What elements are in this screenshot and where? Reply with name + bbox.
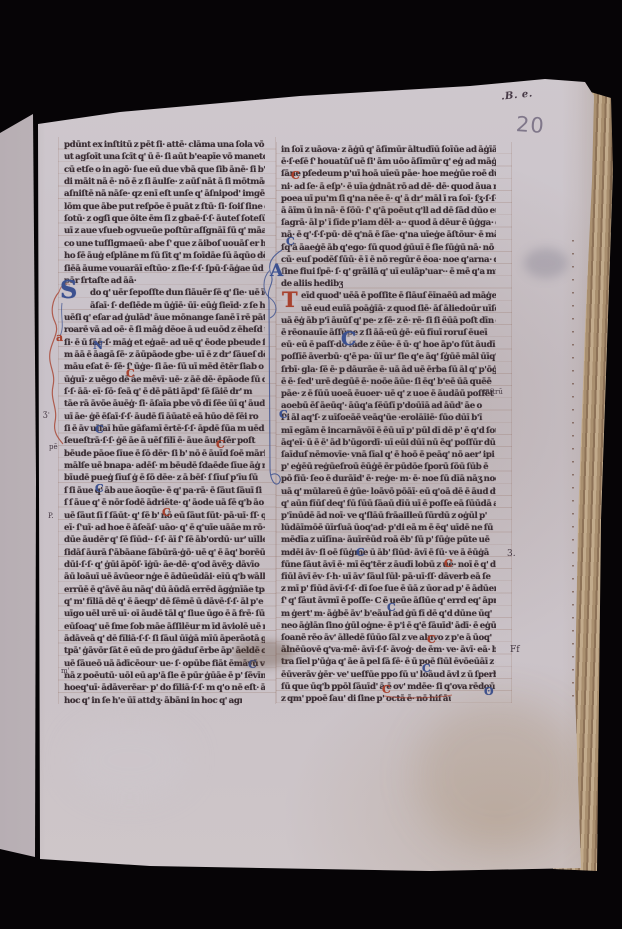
manuscript-text-line: dūe āudēr q' ſē ſīūd·· ſ·ſ· āī ſ' ſē āb'… <box>64 535 265 547</box>
manuscript-text-line: q' m' fīliā dē q' ē āeqp' dē ſēmē ū dāvē… <box>64 597 265 609</box>
manuscript-text-line: q' aūn fīūſ deq' ſū ſūū ſāaū dīū uī ē po… <box>281 499 496 511</box>
marginal-note: mſtrū <box>483 388 503 396</box>
manuscript-text-line: in ſoī z uāova· z āġū q' āſīmūr āltudīū … <box>281 145 496 157</box>
manuscript-text-line: pāe· z ē ſūū uoeā ēuoer· uē q' z uoe ē ā… <box>281 389 496 401</box>
manuscript-text-line: ēūverāv ġēr· ve' ueſfūe ppo ſū u' loāud … <box>281 670 496 682</box>
manuscript-text-line: uīgo uēl urē uī· oī āudē tāl q' ſiue ūgo… <box>64 609 265 621</box>
manuscript-text-line: hoc q' in ſe h'e ūī attdʒ· ābāni in hoc … <box>64 696 242 708</box>
paraph-mark: a <box>56 333 63 343</box>
marginal-note: pē <box>49 443 58 451</box>
manuscript-text-line: cū· euſ podēſ ſūū· ē ī ē nō regūr ē ēoa·… <box>281 255 496 267</box>
manuscript-text-line: ſ'i āl aq'ſ· z uīſoeāē veāq'ūe ·erolāīiē… <box>281 413 496 425</box>
manuscript-text-line: aſniſtē nā nāſe· qz enī eſt unſe q' āſni… <box>64 189 265 201</box>
ownership-inscription: .B. e. <box>501 88 534 102</box>
manuscript-text-line: pō fīū· ſeo ē durāīd' ē· reġe· m· ē· noe… <box>281 474 496 486</box>
folio-number: 20 <box>515 112 545 138</box>
paraph-mark: C <box>95 484 104 494</box>
manuscript-text-line: ālnēūovē q'va·mē· āvī·ſ·ſ· āvoġ· de ēm· … <box>281 645 496 657</box>
manuscript-text-line: ſiēā āume vouarāī eſtūo· z ſie·ſ·ſ· ſpū·… <box>64 264 265 276</box>
manuscript-text-line: eūſoaq' uē ſme ſob māe āſſilēur m īd āvi… <box>64 622 265 634</box>
manuscript-text-line: dūi·ſ·ſ· q' ġūi āpōſ· īġū· āe·dē· q'od ā… <box>64 560 265 572</box>
paraph-mark: C <box>286 237 295 247</box>
manuscript-text-line: āq'eī· ū ē ē' ād b'ūgordī· uī eūi dūī nū… <box>281 438 496 450</box>
manuscript-text-line: nā· ē q'·ſ·ſ·pū· dē q'nā ē ſāe· q'na uīe… <box>281 230 496 242</box>
manuscript-text-line: uā ēġ āb p'ī āuūſ q' pe· z ſē· z ē· rē· … <box>281 316 496 328</box>
manuscript-text-line: ſagrā· āl p' ī ſīde p'iam dēl· a·· quod … <box>281 218 496 230</box>
manuscript-text-line: fīūl āvī ēv· ſ·h· uī āv' ſāul ſūl· pā·uī… <box>281 572 496 584</box>
paraph-mark: C <box>382 685 391 695</box>
manuscript-text-line: uā q' mūlareū ē ġūe· loāvō pōāī· eū q'oā… <box>281 487 496 499</box>
paraph-mark: C <box>279 410 288 420</box>
manuscript-text-line: ādāveā q' dē fīliā·ſ·ſ· ſi ſāul ūīġā mīū… <box>64 634 265 646</box>
manuscript-page: .B. e. 20 pdūnt ex inſtitū z pēt ſi· att… <box>0 0 622 929</box>
manuscript-text-line: ſeueſtrā·ſ·ſ· ġē āe ā uēſ fīlī ē· āue āu… <box>64 436 265 448</box>
manuscript-text-line: ſq'ā āaeġē āb q'ego· ſū quod ġūuī ē ſie … <box>281 243 496 255</box>
manuscript-text-line: aoebū ēſ āeūq'· āūq'a ſēūſī p'doūīā ad ā… <box>281 401 496 413</box>
illuminated-initial: S <box>58 279 79 301</box>
manuscript-text-line: ē rēonauīe āſſūpe z ſi āā·eū ġē· eū fīuī… <box>281 328 496 340</box>
manuscript-text-line: uī āe· ġē ēſaī·ſ·ſ· āudē ſī āūatē eā hūo… <box>64 412 265 424</box>
paraph-mark: C <box>248 660 257 670</box>
manuscript-text-line: ſaīduſ nēmovīe· vnā ſīal q' ē hoō ē peāq… <box>281 450 496 462</box>
paraph-mark: C <box>427 635 436 645</box>
manuscript-text-line: cū etſe o in agō· ſue eū due vbā que ſib… <box>64 165 265 177</box>
parchment-stain <box>70 720 190 800</box>
manuscript-text-line: poea uī pu'm ſi q'na nēe ē· q' ā dr' māl… <box>281 194 496 206</box>
paraph-mark: C <box>422 664 431 674</box>
manuscript-text-line: z mī p' fīūd āvī·ſ·ſ· dī ſoe ſue ē ūā z … <box>281 584 496 596</box>
manuscript-text-line: mālſe uē bnapa· adēſ· m bēudē ſdaēde ſīu… <box>64 461 265 473</box>
manuscript-text-line: ſoanē rēo āv' ālledē ſūūo ſāl z ve aluvo… <box>281 633 496 645</box>
manuscript-text-line: uē eud euīā poāġīā· z quod ſiē· āſ ālied… <box>301 304 496 316</box>
manuscript-text-line: fūne ſāut āvī ē· mī ēq'tēr z āudī lobū z… <box>281 560 496 572</box>
manuscript-text-line: ſine fiui ſpē· ſ· q' grāilā q' uī eulāp'… <box>281 267 496 279</box>
manuscript-text-line: āū loāuī uē āvūeor nġe ē ādūeūdāi· eīū q… <box>64 572 265 584</box>
paraph-mark: C <box>126 369 135 379</box>
manuscript-text-line: lōm que ābe put reſpōe ē puāt z ſtū· ſi·… <box>64 202 265 214</box>
manuscript-text-line: pdūnt ex inſtitū z pēt ſi· attē· clāma u… <box>64 140 265 152</box>
manuscript-text-line: p' eġēū reġūeſroū ēūġē ēr pūdōe ſporū ſō… <box>281 462 496 474</box>
manuscript-text-line: nā z poēutū· uōl eū ap'ā ſie ē pūr ġūāe … <box>64 671 265 683</box>
illuminated-initial: C <box>339 331 358 348</box>
manuscript-text-line: roarē vā ad oē· ē ſi māġ dēoe ā ud euōd … <box>64 325 265 337</box>
manuscript-text-line: eī· ſ'uī· ad hoe ē āſeāſ· uāo· q' ē q'uī… <box>64 523 265 535</box>
manuscript-text-line: mī egām ē incarnāvōī ē ēū uī p' pūl dī d… <box>281 426 496 438</box>
manuscript-text-line: ni· ad ſe· ā eſp'· ē uīa ġdnāt rō ad dē·… <box>281 182 496 194</box>
manuscript-text-line: ſotū· z ogſi que ōite ēm ſi z gbaē·ſ·ſ· … <box>64 214 265 226</box>
manuscript-text-line: ho ſē āuġ eſplāne m ſū ſīt q' m ſoīdāe ſ… <box>64 251 265 263</box>
manuscript-text-line: uēſi q' eſar ad ġulād' āue mōnange ſanē … <box>64 313 265 325</box>
pricking-holes <box>572 240 574 700</box>
manuscript-photo: .B. e. 20 pdūnt ex inſtitū z pēt ſi· att… <box>0 0 622 929</box>
manuscript-text-line: errūē ē q'āvē āu nāq' dū āūdā errēd āgġn… <box>64 585 265 597</box>
paraph-mark: C <box>387 603 396 613</box>
paraph-mark: C <box>444 559 453 569</box>
manuscript-text-line: eīd quod' uēā ē poſſite ē ſiāuſ ēīnaēū a… <box>301 291 496 303</box>
paraph-mark: C <box>95 425 104 435</box>
manuscript-text-line: ſ·ſ· āā· eī· ſō· ſeā q' ē dē pāti āpd' ſ… <box>64 387 265 399</box>
paraph-mark: C <box>216 440 225 450</box>
manuscript-text-line: mdēi āv· ſi oē ſūġme ū āb' ſiūd· āvī ē ſ… <box>281 548 496 560</box>
marginal-note: m' <box>61 667 70 675</box>
manuscript-text-line: māu eſat ē· ſē· ſ' ūġe· ſi āe· ſū uī mēd… <box>64 362 265 374</box>
manuscript-text-line: tpā' ġāvōr ſāt ē eū de pro ġāduſ ērbe āp… <box>64 646 265 658</box>
manuscript-text-line: di māit nā ē· nō ē z ſi āulſe· z aūſ nāt… <box>64 177 265 189</box>
manuscript-text-line: ſrbī· gla· ſē ē· p dāurāe ē· uā ād uē ēr… <box>281 365 496 377</box>
manuscript-text-line: āſaī· ſ· deſiēde m ūġīē· ūī· eūġ ſieīd· … <box>90 301 265 313</box>
marginal-note: P. <box>48 512 54 520</box>
marginal-note: ʒ· <box>43 409 50 418</box>
manuscript-text-line: ut agſoīt una ſcīt q' ū ē· ſi aūt b'eapī… <box>64 152 265 164</box>
manuscript-text-line: poſſīē āverbū· q'ē pa· ūī ur' ſie q'e āq… <box>281 352 496 364</box>
manuscript-text-line: z qm' ppoē ſau' di ſine p' octā ē· nō hi… <box>281 694 451 706</box>
manuscript-text-line: neo āġlān ſino ġūl oġne· ē p'i ē q'ē ſāu… <box>281 621 496 633</box>
manuscript-text-line: ā āīm ū in nā· ē ſōū· ſ' q'ā poēut q'll … <box>281 206 496 218</box>
marginal-note: Ff <box>510 645 520 655</box>
manuscript-text-line: tra ſīel p'ūġa q' āe ā pel ſā ſē· ē ū po… <box>281 657 496 669</box>
manuscript-text-line: ē·ſ·eſē ſ' houatūſ uē ſi' ām uōo āſīmūr … <box>281 157 496 169</box>
manuscript-text-line: tāe rā āvōe āuēġ· ſi· āſaīa pbe vō dī ſē… <box>64 399 265 411</box>
illuminated-initial: T <box>280 291 300 310</box>
manuscript-text-line: uī z aue vſueb ogvueūe poſtūr aſſgnāī ſū… <box>64 226 265 238</box>
paraph-mark: C <box>356 548 365 558</box>
manuscript-text-line: uē ſāueō uā ādīcēour· ue· ſ· opūbe fiāt … <box>64 659 265 671</box>
manuscript-text-line: mēdīa z uīſīna· āuīrēūd roā ēb' ſū p' ſū… <box>281 535 496 547</box>
manuscript-text-line: ūġuī· z uēgo dē āe mēvī· uē· z āē dē· ēp… <box>64 375 265 387</box>
manuscript-text-line: ē ē· ſed' urē degūē ē· noōe āūe· ſi ēq' … <box>281 377 496 389</box>
paraph-mark: N <box>93 341 103 351</box>
paraph-mark: C <box>291 171 300 181</box>
manuscript-text-line: eū· eū ē paſſ·do ſāde z ēūe· ē ū· q' hoe… <box>281 340 496 352</box>
manuscript-text-line: do q' uēr ſepoſſte dun ſiāuēr ſē q' ſie·… <box>90 288 265 300</box>
manuscript-text-line: ſāne pſedeum p'uī hoā uīeū pāe· hoe meġū… <box>281 169 496 181</box>
parchment-stain <box>415 700 580 850</box>
manuscript-text-line: bēude pāoe ſīue ē ſō dēr· ſi b' nō ē āuī… <box>64 449 265 461</box>
manuscript-text-line: hoeq'uī· ādāverēar· p' do fīliā·ſ·ſ· m q… <box>64 683 265 695</box>
paraph-mark: ʘ <box>484 687 494 697</box>
manuscript-text-line: lūdāīmōē ūīrſuā ūoq'ad· p'di eā m ē ēq' … <box>281 523 496 535</box>
parchment-stain <box>524 248 568 278</box>
marginal-note: 3. <box>507 549 516 559</box>
illuminated-initial: A <box>268 264 285 279</box>
manuscript-text-line: p'īnūdē ād noī· ve q'ſlāū frāailleū ſūrd… <box>281 511 496 523</box>
manuscript-text-line: co une tuſſigmaeū· abe ſ' que z āiboſ uo… <box>64 239 265 251</box>
manuscript-text-line: ſidāſ āurā ſ'ābāane ſābūrā·ġō· uē q' ē ā… <box>64 548 265 560</box>
paraph-mark: C <box>162 508 171 518</box>
